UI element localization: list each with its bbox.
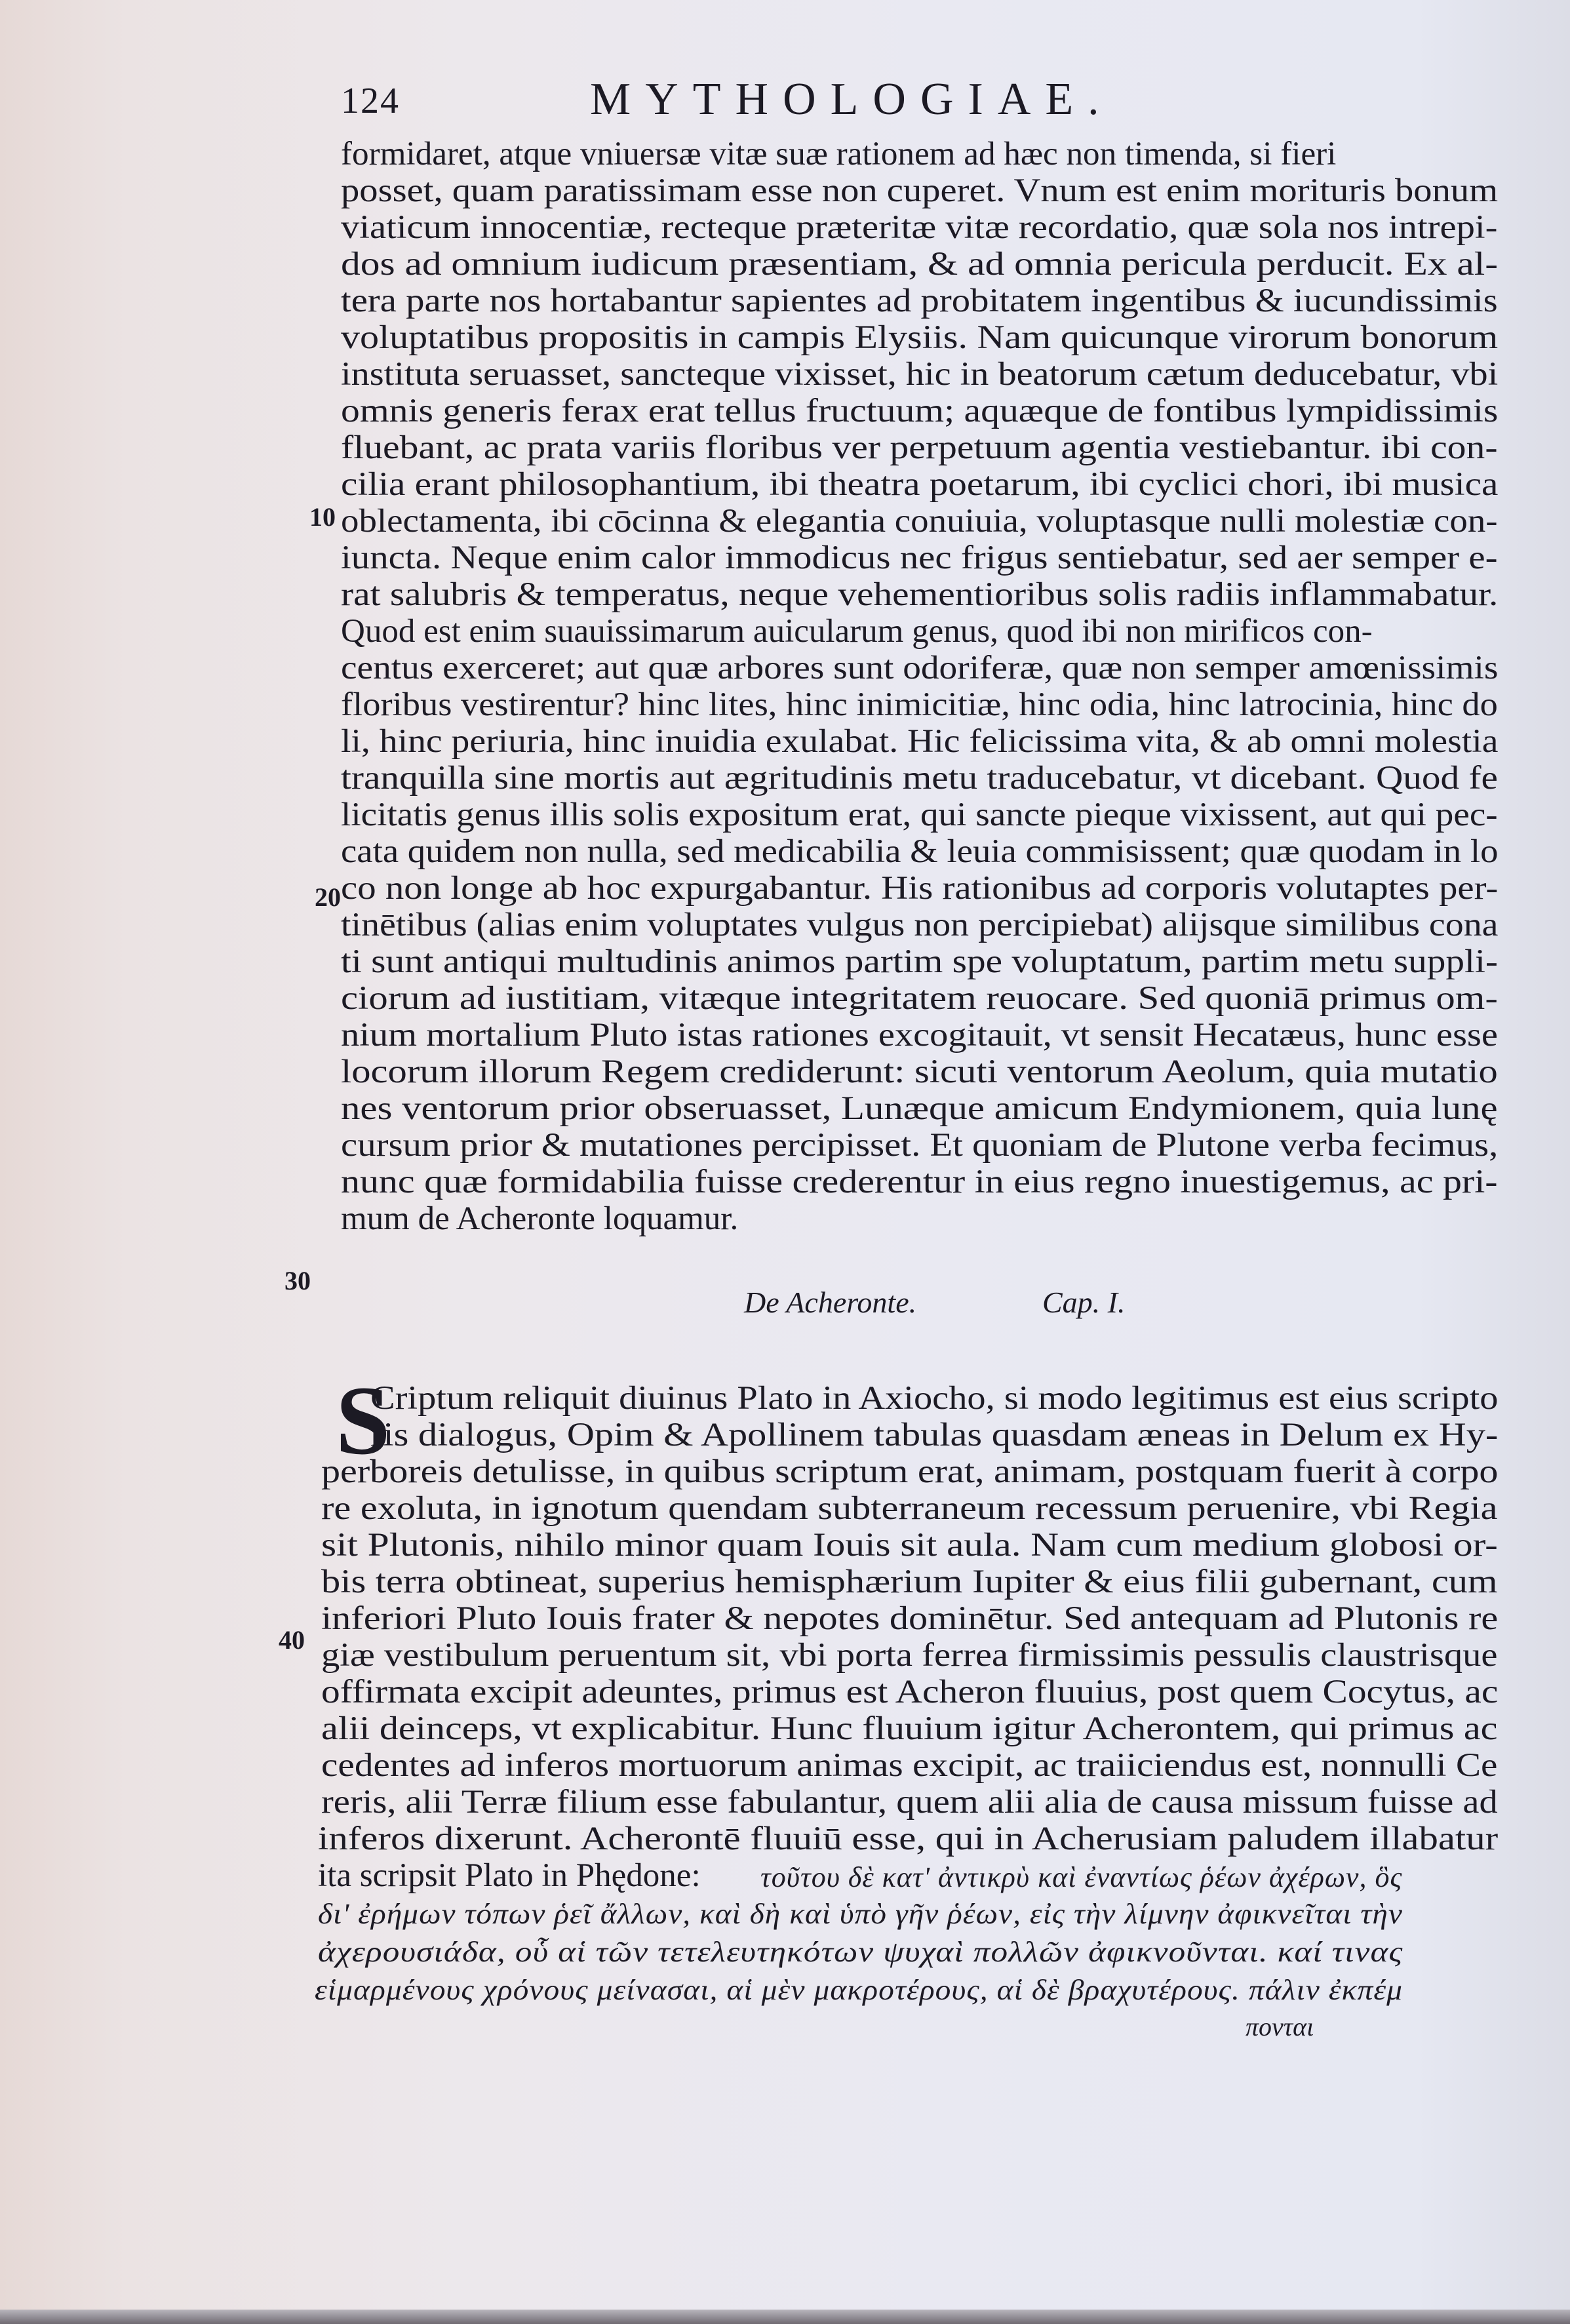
greek-quote-line: τοῦτου δὲ κατ' ἀντικρὺ καὶ ἐναντίως ῥέων… (760, 1863, 1402, 1892)
text-line: ris dialogus, Opim & Apollinem tabulas q… (370, 1419, 1498, 1452)
text-line: cursum prior & mutationes percipisset. E… (341, 1129, 1498, 1162)
greek-quote-line: δι' ἐρήμων τόπων ῥεῖ ἄλλων, καὶ δὴ καὶ ὑ… (318, 1900, 1403, 1929)
text-line: co non longe ab hoc expurgabantur. His r… (341, 872, 1498, 905)
margin-number: 10 (309, 502, 336, 532)
margin-number: 20 (315, 882, 341, 913)
chapter-title: De Acheronte. (744, 1285, 916, 1320)
text-line: posset, quam paratissimam esse non cuper… (341, 174, 1498, 208)
chapter-number: Cap. I. (1042, 1285, 1126, 1320)
text-line: tera parte nos hortabantur sapientes ad … (341, 285, 1498, 318)
text-line: rat salubris & temperatus, neque vehemen… (341, 578, 1498, 612)
margin-number: 30 (285, 1265, 311, 1296)
text-line: alii deinceps, vt explicabitur. Hunc flu… (321, 1712, 1498, 1746)
text-line: nunc quæ formidabilia fuisse crederentur… (341, 1166, 1498, 1199)
text-line: locorum illorum Regem crediderunt: sicut… (341, 1055, 1498, 1089)
greek-quote-line: εἱμαρμένους χρόνους μείνασαι, αἱ μὲν μακ… (315, 1976, 1403, 2005)
text-line: nium mortalium Pluto istas rationes exco… (341, 1019, 1498, 1052)
text-line: fluebant, ac prata variis floribus ver p… (341, 431, 1498, 465)
page-number: 124 (341, 80, 400, 122)
text-line: cilia erant philosophantium, ibi theatra… (341, 468, 1498, 502)
text-line: iuncta. Neque enim calor immodicus nec f… (341, 542, 1498, 575)
text-line: nes ventorum prior obseruasset, Lunæque … (341, 1092, 1498, 1126)
text-line: viaticum innocentiæ, recteque præteritæ … (341, 211, 1497, 245)
text-line: inferos dixerunt. Acherontē fluuiū esse,… (318, 1822, 1498, 1856)
text-line: mum de Acheronte loquamur. (341, 1202, 738, 1236)
text-line: dos ad omnium iudicum præsentiam, & ad o… (341, 248, 1498, 281)
text-line: cedentes ad inferos mortuorum animas exc… (321, 1749, 1497, 1782)
text-line: sit Plutonis, nihilo minor quam Iouis si… (321, 1529, 1498, 1562)
text-line: centus exerceret; aut quæ arbores sunt o… (341, 652, 1498, 685)
greek-quote-line: ἀχερουσιάδα, οὗ αἱ τῶν τετελευτηκότων ψυ… (318, 1938, 1403, 1967)
text-line: Criptum reliquit diuinus Plato in Axioch… (370, 1382, 1499, 1415)
running-title: MYTHOLOGIAE. (590, 73, 1114, 126)
text-line: perboreis detulisse, in quibus scriptum … (321, 1455, 1498, 1489)
text-line: bis terra obtineat, superius hemisphæriu… (321, 1566, 1497, 1599)
page-header: 124 MYTHOLOGIAE. (341, 73, 1495, 126)
text-line: giæ vestibulum peruentum sit, vbi porta … (321, 1639, 1498, 1672)
text-line: floribus vestirentur? hinc lites, hinc i… (341, 688, 1498, 722)
text-line: oblectamenta, ibi cōcinna & elegantia co… (341, 505, 1498, 538)
text-line: inferiori Pluto Iouis frater & nepotes d… (321, 1602, 1498, 1636)
text-line: ciorum ad iustitiam, vitæque integritate… (341, 982, 1498, 1015)
text-line: li, hinc periuria, hinc inuidia exulabat… (341, 725, 1498, 758)
text-line: ita scripsit Plato in Phędone: (318, 1859, 701, 1893)
text-line: formidaret, atque vniuersæ vitæ suæ rati… (341, 138, 1498, 171)
text-line: ti sunt antiqui multudinis animos partim… (341, 945, 1498, 979)
text-line: cata quidem non nulla, sed medicabilia &… (341, 835, 1498, 869)
text-line: licitatis genus illis solis expositum er… (341, 798, 1498, 832)
catchword: πονται (1246, 2011, 1314, 2042)
text-line: voluptatibus propositis in campis Elysii… (341, 321, 1498, 355)
text-line: re exoluta, in ignotum quendam subterran… (321, 1492, 1498, 1526)
text-line: Quod est enim suauissimarum auicularum g… (341, 615, 1373, 648)
text-line: omnis generis ferax erat tellus fructuum… (341, 395, 1498, 428)
text-line: offirmata excipit adeuntes, primus est A… (321, 1676, 1498, 1709)
text-line: tranquilla sine mortis aut ægritudinis m… (341, 762, 1498, 795)
page-bottom-edge (0, 2310, 1570, 2324)
text-line: instituta seruasset, sancteque vixisset,… (341, 358, 1498, 391)
text-line: tinētibus (alias enim voluptates vulgus … (341, 909, 1498, 942)
margin-number: 40 (279, 1625, 305, 1655)
text-line: reris, alii Terræ filium esse fabulantur… (321, 1786, 1498, 1819)
book-page: 124 MYTHOLOGIAE. formidaret, atque vniue… (0, 0, 1570, 2324)
